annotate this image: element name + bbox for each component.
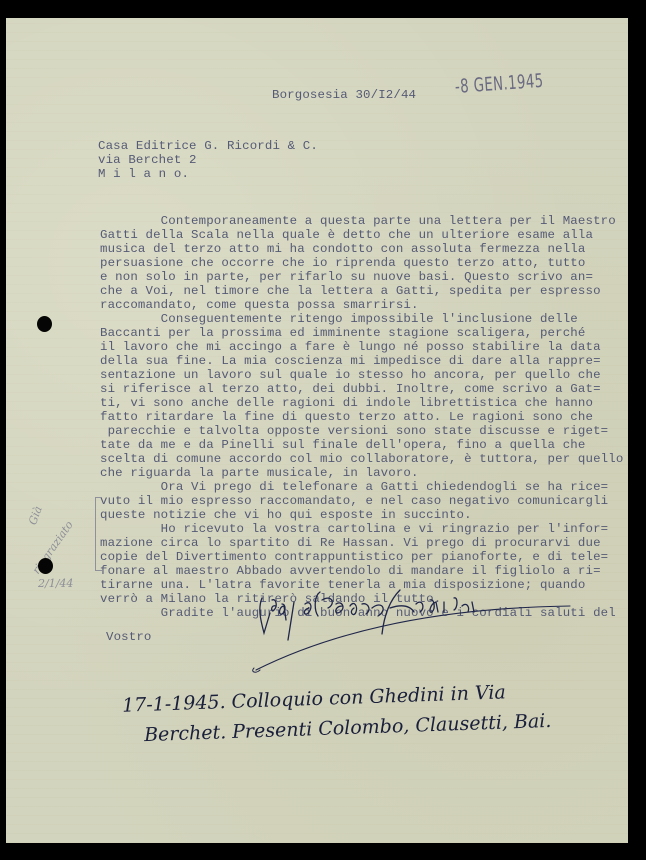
body-line: copie del Divertimento contrappuntistico… [100, 550, 608, 564]
body-line: fonare al maestro Abbado avvertendolo di… [100, 564, 601, 578]
body-line: fatto ritardare la fine di questo terzo … [100, 410, 593, 424]
body-line: della sua fine. La mia coscienza mi impe… [100, 354, 601, 368]
closing: Vostro [106, 630, 152, 644]
pencil-bracket [95, 497, 102, 571]
recipient-line: Casa Editrice G. Ricordi & C. [98, 139, 318, 153]
body-line: mazione circa lo spartito di Re Hassan. … [100, 536, 601, 550]
body-line: Gatti della Scala nella quale è detto ch… [100, 228, 593, 242]
body-line: Conseguentemente ritengo impossibile l'i… [100, 312, 578, 326]
body-line: e non solo in parte, per rifarlo su nuov… [100, 270, 593, 284]
body-line: tate da me e da Pinelli sul finale dell'… [100, 438, 585, 452]
body-line: scelta di comune accordo col mio collabo… [100, 452, 623, 466]
body-line: che a Voi, nel timore che la lettera a G… [100, 284, 601, 298]
body-line: Baccanti per la prossima ed imminente st… [100, 326, 585, 340]
body-line: queste notizie che vi ho qui esposte in … [100, 508, 472, 522]
body-line: Ora Vi prego di telefonare a Gatti chied… [100, 480, 608, 494]
body-line: che riguarda la parte musicale, in lavor… [100, 466, 419, 480]
body-line: il lavoro che mi accingo a fare è lungo … [100, 340, 601, 354]
signature-scribble-icon [250, 578, 580, 678]
pencil-note-line: 2/1/44 [38, 576, 73, 591]
body-line: ti, vi sono anche delle ragioni di indol… [100, 396, 593, 410]
recipient-line: via Berchet 2 [98, 153, 197, 167]
punch-hole [37, 316, 52, 332]
recipient-line: M i l a n o. [98, 167, 189, 181]
body-line: musica del terzo atto mi ha condotto con… [100, 242, 585, 256]
body-line: raccomandato, come questa possa smarrirs… [100, 298, 419, 312]
body-line: Contemporaneamente a questa parte una le… [100, 214, 616, 228]
body-line: Ho ricevuto la vostra cartolina e vi rin… [100, 522, 608, 536]
body-line: sentazione un lavoro sul quale io stesso… [100, 368, 601, 382]
body-line: persuasione che occorre che io riprenda … [100, 256, 585, 270]
punch-hole [38, 558, 53, 574]
body-line: si riferisce al terzo atto, dei dubbi. I… [100, 382, 601, 396]
place-date: Borgosesia 30/I2/44 [272, 88, 416, 102]
body-line: vuto il mio espresso raccomandato, e nel… [100, 494, 608, 508]
signature [250, 578, 580, 683]
body-line: parecchie e talvolta opposte versioni so… [100, 424, 608, 438]
